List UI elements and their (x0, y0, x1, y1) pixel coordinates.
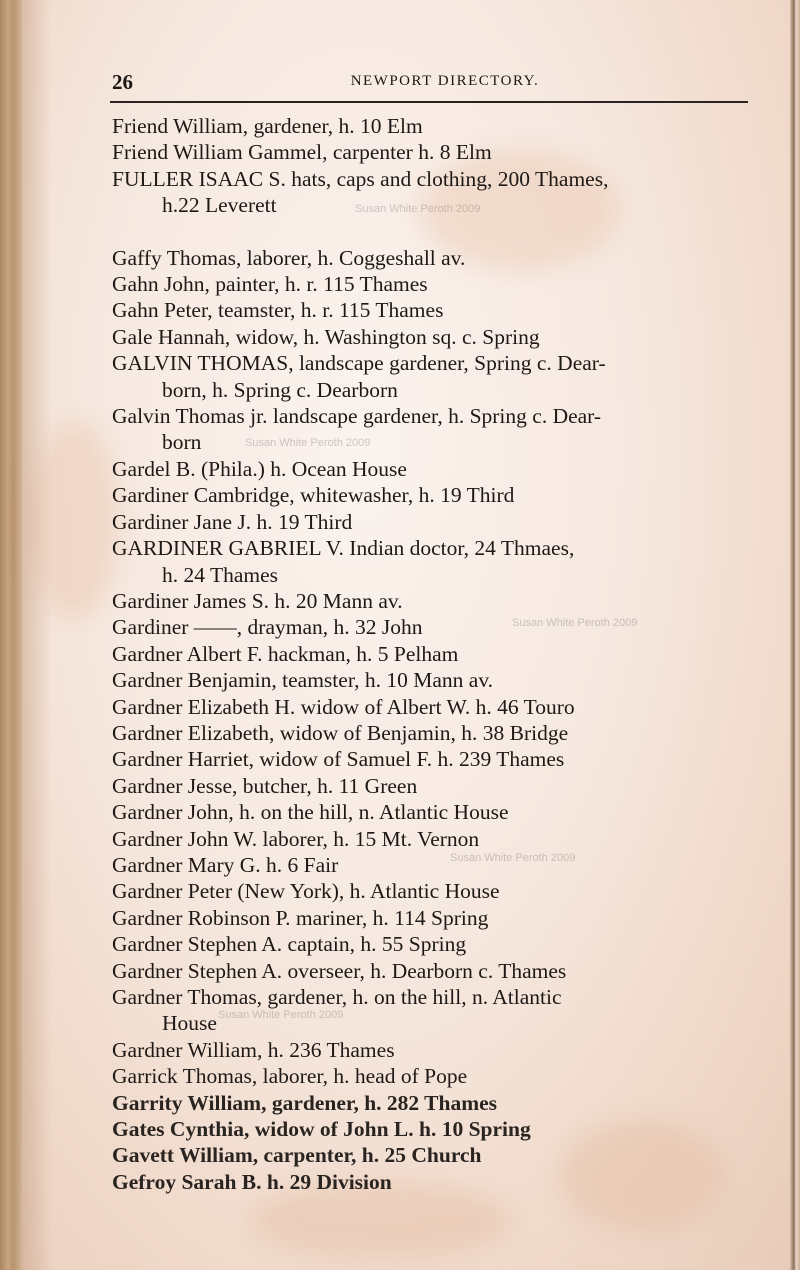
entry-text: Gardner Peter (New York), h. Atlantic Ho… (112, 879, 500, 903)
directory-entry: Gardner Harriet, widow of Samuel F. h. 2… (112, 746, 754, 772)
entry-text: GARDINER GABRIEL V. Indian doctor, 24 Th… (112, 536, 574, 560)
directory-entry: Gardner Stephen A. captain, h. 55 Spring (112, 931, 754, 957)
directory-entry: Gefroy Sarah B. h. 29 Division (112, 1169, 754, 1195)
page-right-edge (790, 0, 800, 1270)
entry-text: Gardner Thomas, gardener, h. on the hill… (112, 985, 562, 1009)
directory-entry: Garrick Thomas, laborer, h. head of Pope (112, 1063, 754, 1089)
directory-entry: Gahn Peter, teamster, h. r. 115 Thames (112, 297, 754, 323)
entry-text: Gardner John, h. on the hill, n. Atlanti… (112, 800, 509, 824)
entry-text: Gardner Mary G. h. 6 Fair (112, 853, 338, 877)
directory-entry: Gardner Stephen A. overseer, h. Dearborn… (112, 958, 754, 984)
directory-entry: Gardner Elizabeth, widow of Benjamin, h.… (112, 720, 754, 746)
directory-entry: Gardner Thomas, gardener, h. on the hill… (112, 984, 754, 1037)
entry-text: FULLER ISAAC S. hats, caps and clothing,… (112, 167, 608, 191)
entry-continuation: born (112, 429, 754, 455)
book-binding-edge (0, 0, 22, 1270)
entry-text: Gavett William, carpenter, h. 25 Church (112, 1143, 481, 1167)
watermark-text: Susan White Peroth 2009 (245, 437, 370, 449)
entry-text: Gahn John, painter, h. r. 115 Thames (112, 272, 428, 296)
directory-entry: Friend William Gammel, carpenter h. 8 El… (112, 139, 754, 165)
entry-text: Gahn Peter, teamster, h. r. 115 Thames (112, 298, 443, 322)
running-title: NEWPORT DIRECTORY. (112, 73, 748, 90)
entry-text: Gardiner Cambridge, whitewasher, h. 19 T… (112, 483, 514, 507)
directory-entry: Gardner Robinson P. mariner, h. 114 Spri… (112, 905, 754, 931)
entry-text: Friend William, gardener, h. 10 Elm (112, 114, 423, 138)
entry-text: GALVIN THOMAS, landscape gardener, Sprin… (112, 351, 606, 375)
directory-entry: Gale Hannah, widow, h. Washington sq. c.… (112, 324, 754, 350)
directory-entry: Gardner John W. laborer, h. 15 Mt. Verno… (112, 826, 754, 852)
entry-text: Galvin Thomas jr. landscape gardener, h.… (112, 404, 601, 428)
entry-text: Gardiner Jane J. h. 19 Third (112, 510, 352, 534)
entry-text: Gale Hannah, widow, h. Washington sq. c.… (112, 325, 540, 349)
entry-text: Gardiner James S. h. 20 Mann av. (112, 589, 403, 613)
entry-continuation: h. 24 Thames (112, 562, 754, 588)
directory-entry: Gardner John, h. on the hill, n. Atlanti… (112, 799, 754, 825)
entry-text: Gardner William, h. 236 Thames (112, 1038, 395, 1062)
entry-text: Gardner Jesse, butcher, h. 11 Green (112, 774, 417, 798)
directory-entry: Gardiner Jane J. h. 19 Third (112, 509, 754, 535)
entry-text: Gefroy Sarah B. h. 29 Division (112, 1170, 392, 1194)
directory-entry: Gahn John, painter, h. r. 115 Thames (112, 271, 754, 297)
directory-entry: Gardel B. (Phila.) h. Ocean House (112, 456, 754, 482)
entry-text: Gaffy Thomas, laborer, h. Coggeshall av. (112, 246, 465, 270)
directory-entry: Gaffy Thomas, laborer, h. Coggeshall av. (112, 245, 754, 271)
entry-text: Garrity William, gardener, h. 282 Thames (112, 1091, 497, 1115)
directory-entry: GARDINER GABRIEL V. Indian doctor, 24 Th… (112, 535, 754, 588)
directory-entry: Gardner Peter (New York), h. Atlantic Ho… (112, 878, 754, 904)
entry-text: Garrick Thomas, laborer, h. head of Pope (112, 1064, 467, 1088)
paper-stain (30, 420, 120, 620)
directory-entry: Gardner Jesse, butcher, h. 11 Green (112, 773, 754, 799)
entry-text: Gardner Robinson P. mariner, h. 114 Spri… (112, 906, 488, 930)
directory-entry: Gates Cynthia, widow of John L. h. 10 Sp… (112, 1116, 754, 1142)
entry-continuation: House (112, 1010, 754, 1036)
directory-entry: Galvin Thomas jr. landscape gardener, h.… (112, 403, 754, 456)
entry-text: Friend William Gammel, carpenter h. 8 El… (112, 140, 492, 164)
entry-text: Gardner Albert F. hackman, h. 5 Pelham (112, 642, 458, 666)
directory-entry: Garrity William, gardener, h. 282 Thames (112, 1090, 754, 1116)
entry-continuation: born, h. Spring c. Dearborn (112, 377, 754, 403)
section-gap (112, 219, 754, 245)
watermark-text: Susan White Peroth 2009 (512, 617, 637, 629)
watermark-text: Susan White Peroth 2009 (450, 852, 575, 864)
directory-entry: Gardner Benjamin, teamster, h. 10 Mann a… (112, 667, 754, 693)
watermark-text: Susan White Peroth 2009 (218, 1009, 343, 1021)
directory-entry: Gardner Elizabeth H. widow of Albert W. … (112, 694, 754, 720)
directory-entry: Friend William, gardener, h. 10 Elm (112, 113, 754, 139)
directory-page: 26 NEWPORT DIRECTORY. Friend William, ga… (0, 0, 800, 1270)
gutter-shadow (22, 0, 52, 1270)
entry-text: Gardel B. (Phila.) h. Ocean House (112, 457, 407, 481)
header-rule (110, 101, 748, 103)
entry-text: Gardner Elizabeth, widow of Benjamin, h.… (112, 721, 568, 745)
directory-entry: Gavett William, carpenter, h. 25 Church (112, 1142, 754, 1168)
page-header: 26 NEWPORT DIRECTORY. (112, 70, 748, 98)
entry-text: Gardner Benjamin, teamster, h. 10 Mann a… (112, 668, 493, 692)
directory-entry: GALVIN THOMAS, landscape gardener, Sprin… (112, 350, 754, 403)
directory-entry: Gardner Mary G. h. 6 Fair (112, 852, 754, 878)
entry-text: Gardner Stephen A. captain, h. 55 Spring (112, 932, 466, 956)
entry-text: Gardner Harriet, widow of Samuel F. h. 2… (112, 747, 564, 771)
directory-entry: Gardiner ——, drayman, h. 32 John (112, 614, 754, 640)
directory-entries: Friend William, gardener, h. 10 Elm Frie… (112, 113, 754, 1195)
directory-entry: Gardiner James S. h. 20 Mann av. (112, 588, 754, 614)
entry-text: Gates Cynthia, widow of John L. h. 10 Sp… (112, 1117, 531, 1141)
entry-text: Gardiner ——, drayman, h. 32 John (112, 615, 423, 639)
directory-entry: Gardner William, h. 236 Thames (112, 1037, 754, 1063)
entry-text: Gardner Stephen A. overseer, h. Dearborn… (112, 959, 566, 983)
watermark-text: Susan White Peroth 2009 (355, 203, 480, 215)
entry-text: Gardner John W. laborer, h. 15 Mt. Verno… (112, 827, 479, 851)
directory-entry: Gardiner Cambridge, whitewasher, h. 19 T… (112, 482, 754, 508)
entry-text: Gardner Elizabeth H. widow of Albert W. … (112, 695, 575, 719)
directory-entry: Gardner Albert F. hackman, h. 5 Pelham (112, 641, 754, 667)
